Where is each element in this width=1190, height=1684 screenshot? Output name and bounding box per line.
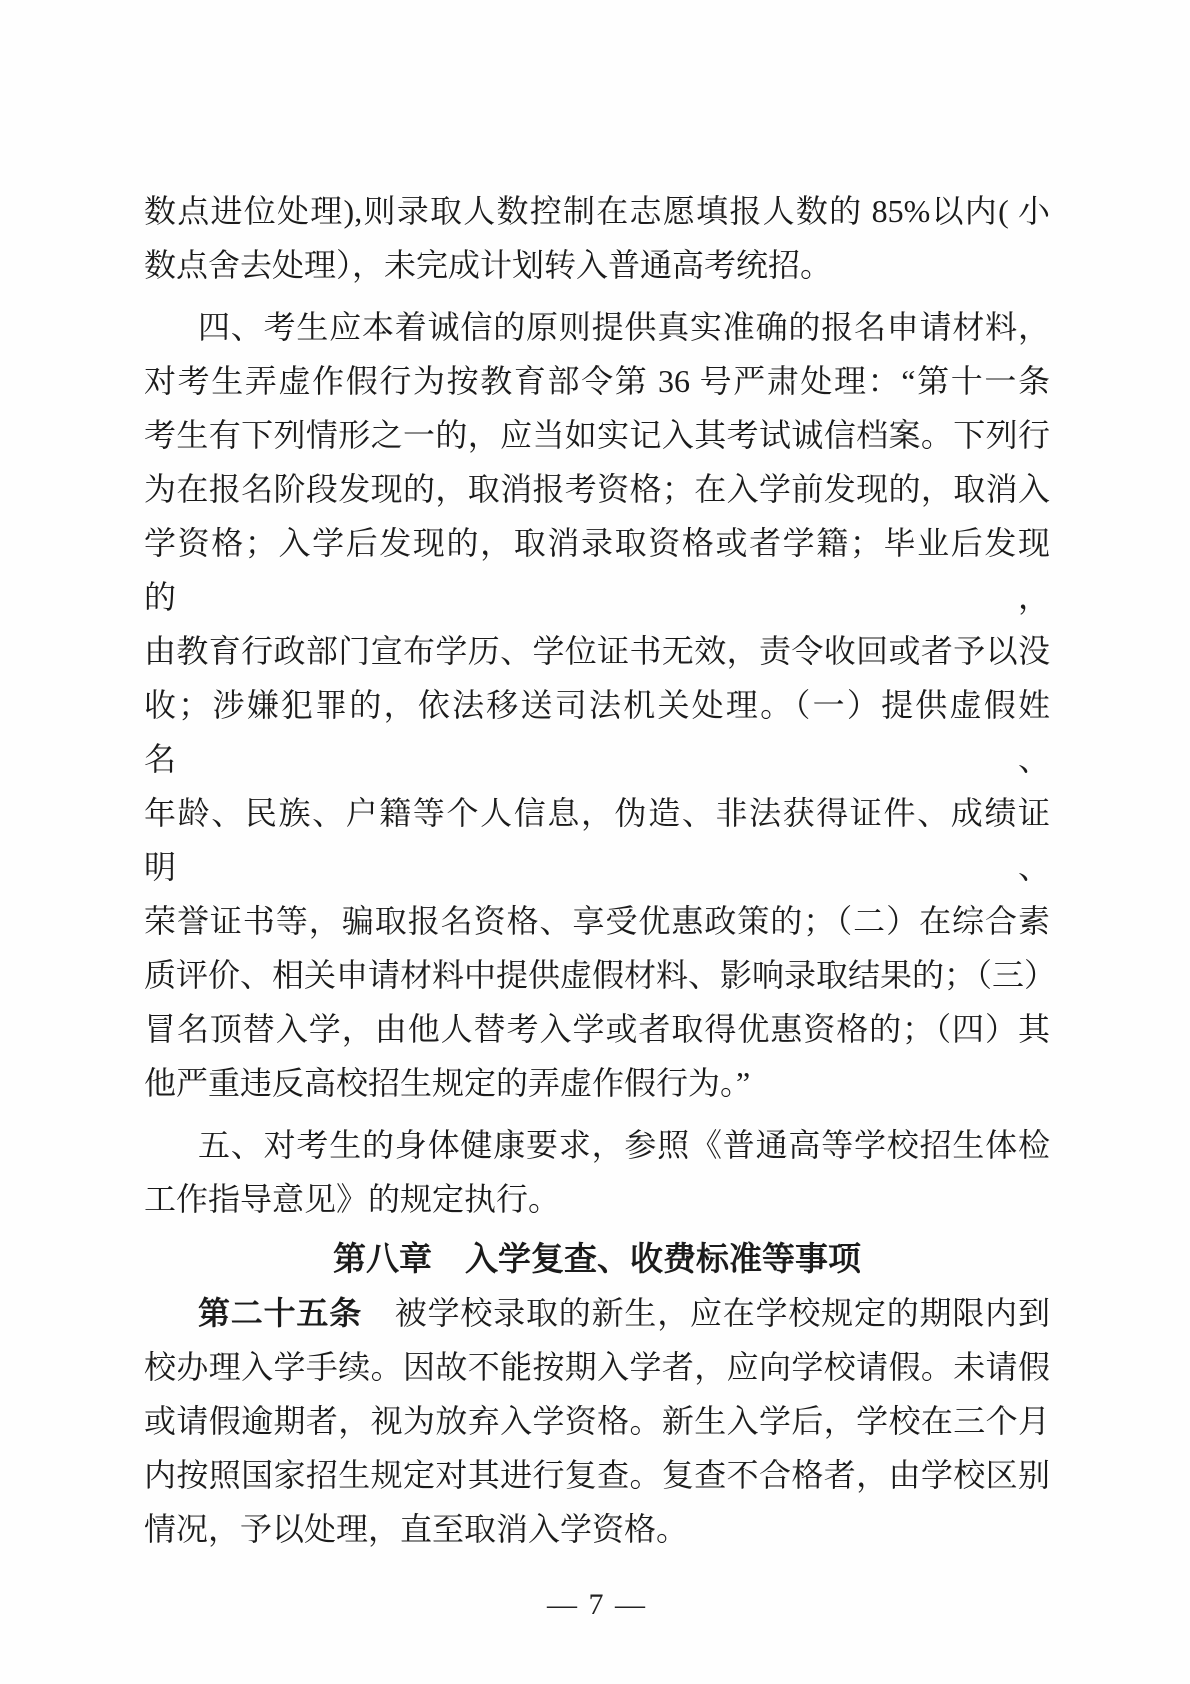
paragraph-item-four: 四、考生应本着诚信的原则提供真实准确的报名申请材料， 对考生弄虚作假行为按教育部…	[144, 300, 1050, 1110]
chapter-heading: 第八章 入学复查、收费标准等事项	[144, 1232, 1050, 1286]
text-line: 数点舍去处理），未完成计划转入普通高考统招。	[144, 238, 1050, 292]
paragraph-item-five: 五、对考生的身体健康要求，参照《普通高等学校招生体检 工作指导意见》的规定执行。	[144, 1118, 1050, 1226]
document-body: 数点进位处理),则录取人数控制在志愿填报人数的 85%以内( 小 数点舍去处理）…	[0, 0, 1190, 1632]
text-span: 被学校录取的新生，应在学校规定的期限内到	[362, 1295, 1050, 1331]
text-line: 内按照国家招生规定对其进行复查。复查不合格者，由学校区别	[144, 1448, 1050, 1502]
text-line: 荣誉证书等，骗取报名资格、享受优惠政策的；（二）在综合素	[144, 894, 1050, 948]
text-line: 收；涉嫌犯罪的，依法移送司法机关处理。（一）提供虚假姓名、	[144, 678, 1050, 786]
article-number-label: 第二十五条	[198, 1295, 362, 1331]
text-line: 对考生弄虚作假行为按教育部令第 36 号严肃处理：“第十一条	[144, 354, 1050, 408]
text-line: 工作指导意见》的规定执行。	[144, 1172, 1050, 1226]
text-line: 四、考生应本着诚信的原则提供真实准确的报名申请材料，	[144, 300, 1050, 354]
text-line: 第二十五条 被学校录取的新生，应在学校规定的期限内到	[144, 1286, 1050, 1340]
paragraph-continuation: 数点进位处理),则录取人数控制在志愿填报人数的 85%以内( 小 数点舍去处理）…	[144, 184, 1050, 292]
text-line: 考生有下列情形之一的，应当如实记入其考试诚信档案。下列行	[144, 408, 1050, 462]
text-line: 年龄、民族、户籍等个人信息，伪造、非法获得证件、成绩证明、	[144, 786, 1050, 894]
page-number: — 7 —	[144, 1578, 1050, 1632]
text-line: 或请假逾期者，视为放弃入学资格。新生入学后，学校在三个月	[144, 1394, 1050, 1448]
text-line: 他严重违反高校招生规定的弄虚作假行为。”	[144, 1056, 1050, 1110]
paragraph-article-25: 第二十五条 被学校录取的新生，应在学校规定的期限内到 校办理入学手续。因故不能按…	[144, 1286, 1050, 1556]
text-line: 校办理入学手续。因故不能按期入学者，应向学校请假。未请假	[144, 1340, 1050, 1394]
text-line: 数点进位处理),则录取人数控制在志愿填报人数的 85%以内( 小	[144, 184, 1050, 238]
text-line: 为在报名阶段发现的，取消报考资格；在入学前发现的，取消入	[144, 462, 1050, 516]
text-line: 情况，予以处理，直至取消入学资格。	[144, 1502, 1050, 1556]
document-page: 数点进位处理),则录取人数控制在志愿填报人数的 85%以内( 小 数点舍去处理）…	[0, 0, 1190, 1684]
text-line: 五、对考生的身体健康要求，参照《普通高等学校招生体检	[144, 1118, 1050, 1172]
text-line: 质评价、相关申请材料中提供虚假材料、影响录取结果的；（三）	[144, 948, 1050, 1002]
text-line: 冒名顶替入学，由他人替考入学或者取得优惠资格的；（四）其	[144, 1002, 1050, 1056]
text-line: 由教育行政部门宣布学历、学位证书无效，责令收回或者予以没	[144, 624, 1050, 678]
text-line: 学资格；入学后发现的，取消录取资格或者学籍；毕业后发现的，	[144, 516, 1050, 624]
